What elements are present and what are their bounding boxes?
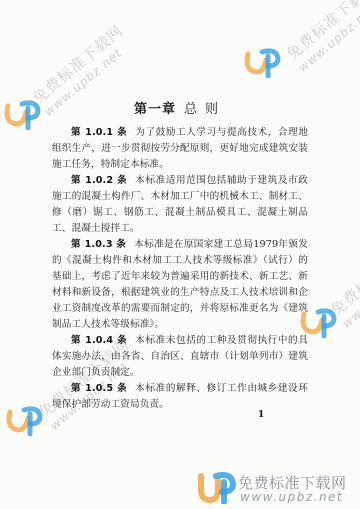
watermark-top-left: 免费标准下载网 www.upbz.net	[0, 0, 180, 140]
watermark-site-name: 免费标准下载网	[282, 0, 360, 64]
chapter-body: 第 1.0.1 条为了鼓励工人学习与提高技术，合理地组织生产，进一步贯彻按劳分配…	[52, 125, 308, 413]
article-number: 第 1.0.3 条	[71, 239, 126, 250]
document-page: 免费标准下载网 www.upbz.net 免费标准下载网 www.upbz.ne…	[0, 0, 360, 509]
article-1-0-2: 第 1.0.2 条本标准适用范围包括辅助于建筑及市政施工的混凝土构件厂、木材加工…	[52, 173, 308, 237]
page-number: 1	[258, 410, 264, 420]
upbz-logo-icon	[196, 470, 236, 504]
upbz-logo-icon	[242, 46, 282, 78]
article-text: 本标准是在原国家建工总局1979年颁发的《混凝土构件和木材加工工人技术等级标准》…	[52, 239, 308, 330]
chapter-name: 总则	[184, 102, 226, 117]
article-1-0-3: 第 1.0.3 条本标准是在原国家建工总局1979年颁发的《混凝土构件和木材加工…	[52, 237, 308, 333]
article-number: 第 1.0.4 条	[71, 335, 127, 346]
article-number: 第 1.0.1 条	[71, 127, 127, 138]
upbz-logo-icon	[4, 404, 44, 436]
watermark-site-name: 免费标准下载网	[28, 20, 127, 108]
watermark-top-right: 免费标准下载网 www.upbz.net	[180, 0, 360, 140]
watermark-site-name: 免费标准下载网	[326, 232, 360, 320]
watermark-site-url: www.upbz.net	[339, 248, 360, 331]
brand-site-url: www.upbz.net	[240, 490, 343, 504]
article-1-0-5: 第 1.0.5 条本标准的解释、修订工作由城乡建设环境保护部劳动工资局负责。	[52, 381, 308, 413]
chapter-number: 第一章	[134, 102, 176, 117]
article-number: 第 1.0.2 条	[71, 175, 127, 186]
watermark-site-url: www.upbz.net	[295, 0, 360, 75]
watermark-bottom-brand: 免费标准下载网 www.upbz.net	[196, 470, 356, 506]
article-1-0-4: 第 1.0.4 条本标准未包括的工种及贯彻执行中的具体实施办法，由各省、自治区、…	[52, 333, 308, 381]
article-number: 第 1.0.5 条	[71, 383, 127, 394]
chapter-title: 第一章总则	[0, 98, 360, 117]
article-1-0-1: 第 1.0.1 条为了鼓励工人学习与提高技术，合理地组织生产，进一步贯彻按劳分配…	[52, 125, 308, 173]
